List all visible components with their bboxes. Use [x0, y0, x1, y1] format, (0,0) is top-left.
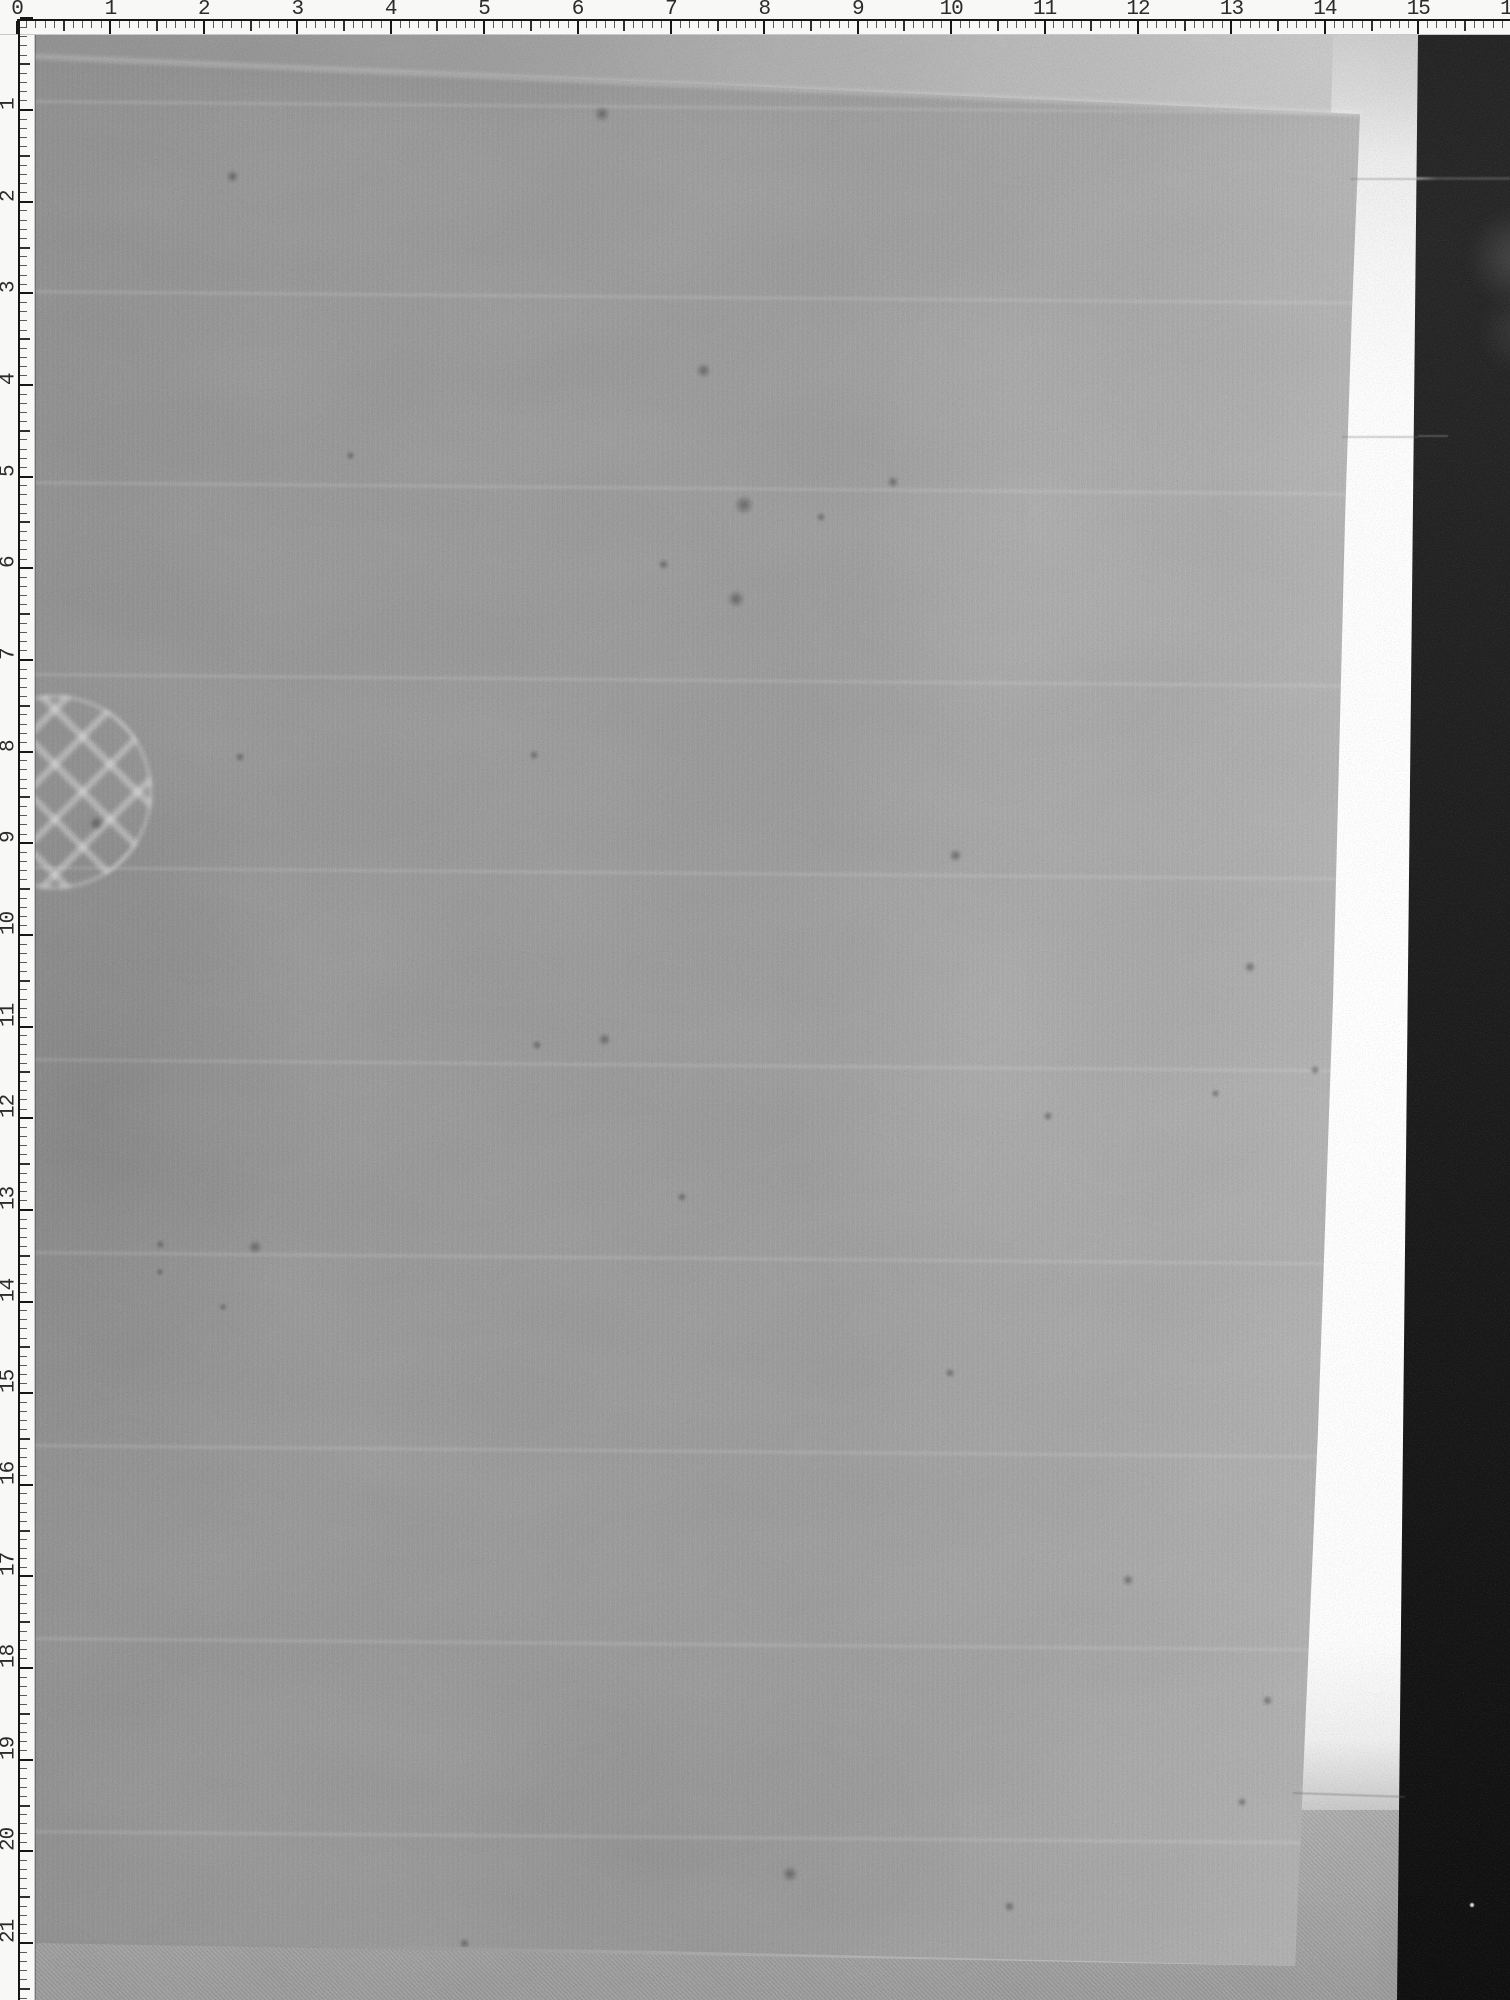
ruler-tick	[20, 128, 27, 129]
ruler-tick	[20, 220, 27, 221]
ruler-tick	[54, 21, 55, 28]
ruler-tick	[20, 1631, 27, 1632]
ruler-tick	[1053, 21, 1054, 28]
ruler-tick	[20, 192, 27, 193]
ruler-tick	[20, 1558, 27, 1559]
ruler-tick	[20, 1255, 30, 1257]
ruler-tick	[20, 1117, 33, 1119]
ruler-tick	[20, 1952, 27, 1953]
ruler-tick	[792, 21, 793, 28]
ruler-tick	[20, 1283, 27, 1284]
ruler-tick	[259, 21, 260, 28]
ruler-tick	[20, 82, 27, 83]
ruler-tick	[20, 1539, 27, 1540]
ruler-tick	[20, 1346, 30, 1348]
ruler-tick	[20, 109, 33, 111]
ruler-tick	[20, 806, 27, 807]
foxing-spot	[782, 1866, 798, 1882]
ruler-tick	[1203, 21, 1204, 28]
top-ruler-label: 5	[478, 0, 490, 19]
ruler-tick	[400, 21, 401, 28]
ruler-tick	[20, 1512, 27, 1513]
ruler-tick	[577, 21, 579, 34]
ruler-tick	[20, 733, 27, 734]
ruler-tick	[20, 27, 27, 28]
ruler-tick	[614, 21, 615, 28]
ruler-tick	[20, 604, 27, 605]
ruler-tick	[633, 21, 634, 28]
ruler-tick	[20, 1173, 27, 1174]
ruler-tick	[20, 1374, 27, 1375]
top-ruler-label: 6	[572, 0, 584, 19]
ruler-tick	[20, 632, 27, 633]
ruler-tick	[20, 45, 27, 46]
ruler-tick	[20, 1090, 27, 1091]
ruler-tick	[1315, 21, 1316, 28]
ruler-tick	[20, 1026, 33, 1028]
ruler-tick	[119, 21, 120, 28]
ruler-tick	[717, 21, 719, 31]
ruler-tick	[222, 21, 223, 28]
ruler-tick	[334, 21, 335, 28]
chain-line	[25, 673, 1425, 688]
ruler-tick	[362, 21, 363, 28]
foxing-spot	[658, 559, 669, 570]
ruler-tick	[20, 1099, 27, 1100]
foxing-spot	[219, 1303, 227, 1311]
ruler-tick	[20, 852, 27, 853]
ruler-tick	[20, 1127, 27, 1128]
chain-line	[25, 290, 1425, 305]
foxing-spot	[1004, 1901, 1015, 1912]
ruler-tick	[20, 1640, 27, 1641]
top-ruler-label: 4	[385, 0, 397, 19]
ruler-tick	[839, 21, 840, 28]
ruler-tick	[20, 1109, 27, 1110]
ruler-tick	[1128, 21, 1129, 28]
ruler-tick	[20, 1933, 27, 1934]
top-ruler-label: 13	[1220, 0, 1243, 19]
ruler-tick	[1362, 21, 1363, 28]
ruler-tick	[20, 1741, 27, 1742]
ruler-tick	[20, 1805, 30, 1807]
ruler-tick	[20, 1356, 27, 1357]
ruler-tick	[20, 311, 27, 312]
ruler-tick	[20, 971, 27, 972]
ruler-tick	[20, 1182, 27, 1183]
ruler-tick	[20, 1924, 27, 1925]
ruler-tick	[493, 21, 494, 28]
chain-line	[25, 481, 1425, 496]
ruler-tick	[20, 210, 27, 211]
ruler-tick	[20, 1906, 27, 1907]
ruler-tick	[428, 21, 429, 28]
ruler-tick	[138, 21, 139, 28]
ruler-tick	[250, 21, 252, 31]
ruler-tick	[20, 1365, 27, 1366]
top-ruler-label: 3	[291, 0, 303, 19]
ruler-tick	[20, 1768, 27, 1769]
foxing-spot	[1244, 961, 1256, 973]
ruler-tick	[1296, 21, 1297, 28]
ruler-tick	[1474, 21, 1475, 28]
ruler-tick	[20, 549, 27, 550]
ruler-tick	[755, 21, 756, 28]
ruler-tick	[20, 1264, 27, 1265]
ruler-tick	[20, 1970, 27, 1971]
ruler-tick	[20, 36, 27, 37]
ruler-tick	[20, 1035, 27, 1036]
ruler-tick	[1277, 21, 1279, 31]
ruler-tick	[1016, 21, 1017, 28]
ruler-tick	[147, 21, 148, 28]
ruler-tick	[20, 1942, 33, 1944]
ruler-tick	[20, 834, 27, 835]
ruler-tick	[20, 1145, 27, 1146]
ruler-tick	[20, 1649, 27, 1650]
ruler-tick	[20, 916, 27, 917]
ruler-tick	[20, 742, 27, 743]
ruler-tick	[20, 1823, 27, 1824]
ruler-tick	[20, 815, 27, 816]
ruler-tick	[269, 21, 270, 28]
ruler-tick	[1035, 21, 1036, 28]
ruler-tick	[20, 1850, 33, 1852]
foxing-spot	[235, 752, 245, 762]
film-speck	[1470, 1903, 1474, 1907]
foxing-spot	[156, 1268, 164, 1276]
chain-line	[25, 1251, 1425, 1266]
ruler-tick	[857, 21, 859, 34]
ruler-tick	[810, 21, 812, 31]
ruler-tick	[185, 21, 186, 28]
ruler-tick	[605, 21, 606, 28]
ruler-tick	[20, 1704, 27, 1705]
ruler-tick	[1119, 21, 1120, 28]
ruler-tick	[1399, 21, 1400, 28]
foxing-spot	[529, 750, 539, 760]
ruler-tick	[1007, 21, 1008, 28]
ruler-tick	[736, 21, 737, 28]
ruler-tick	[20, 999, 27, 1000]
ruler-tick	[20, 1521, 27, 1522]
ruler-tick	[20, 384, 33, 386]
ruler-tick	[1063, 21, 1064, 28]
ruler-tick	[287, 21, 288, 28]
ruler-tick	[530, 21, 532, 31]
ruler-tick	[20, 641, 27, 642]
ruler-tick	[1446, 21, 1447, 28]
ruler-tick	[20, 1191, 27, 1192]
foxing-spot	[156, 1240, 165, 1249]
ruler-tick	[20, 1466, 27, 1467]
top-ruler-label: 7	[665, 0, 677, 19]
ruler-tick	[20, 412, 27, 413]
foxing-spot	[727, 590, 745, 608]
ruler-tick	[20, 1292, 27, 1293]
top-ruler-label: 0	[11, 0, 23, 19]
ruler-tick	[20, 229, 27, 230]
ruler-tick	[20, 1310, 27, 1311]
ruler-tick	[20, 1530, 30, 1532]
ruler-tick	[1352, 21, 1353, 28]
top-ruler-label: 16	[1500, 0, 1510, 19]
ruler-tick	[20, 394, 27, 395]
ruler-tick	[1427, 21, 1428, 28]
ruler-tick	[1072, 21, 1073, 28]
ruler-tick	[20, 320, 27, 321]
ruler-tick	[20, 944, 27, 945]
ruler-tick	[156, 21, 158, 31]
ruler-tick	[801, 21, 802, 28]
ruler-tick	[876, 21, 877, 28]
ruler-tick	[903, 21, 905, 31]
ruler-tick	[20, 1008, 27, 1009]
ruler-tick	[568, 21, 569, 28]
ruler-tick	[1156, 21, 1157, 28]
ruler-tick	[20, 17, 33, 19]
ruler-tick	[20, 1988, 30, 1990]
ruler-tick	[20, 769, 27, 770]
top-ruler-label: 9	[852, 0, 864, 19]
ruler-tick	[20, 1567, 27, 1568]
ruler-tick	[20, 1411, 27, 1412]
ruler-tick	[20, 265, 27, 266]
ruler-tick	[436, 21, 438, 31]
ruler-tick	[418, 21, 419, 28]
ruler-tick	[20, 696, 27, 697]
foxing-spot	[734, 495, 754, 515]
ruler-tick	[20, 687, 27, 688]
ruler-tick	[20, 201, 33, 203]
ruler-tick	[20, 724, 27, 725]
ruler-tick	[20, 1457, 27, 1458]
ruler-tick	[483, 21, 485, 34]
ruler-tick	[1240, 21, 1241, 28]
chain-line	[25, 1058, 1425, 1073]
ruler-tick	[1417, 21, 1419, 34]
foxing-spot	[598, 1033, 611, 1046]
ruler-tick	[20, 796, 30, 798]
ruler-tick	[325, 21, 326, 28]
ruler-tick	[20, 1383, 27, 1384]
ruler-tick	[20, 888, 30, 890]
ruler-tick	[670, 21, 672, 34]
ruler-tick	[1483, 21, 1484, 28]
ruler-tick	[241, 21, 242, 28]
ruler-tick	[512, 21, 513, 28]
ruler-tick	[1371, 21, 1373, 31]
chain-line	[25, 1444, 1425, 1459]
ruler-tick	[20, 1328, 27, 1329]
ruler-tick	[913, 21, 914, 28]
foxing-spot	[945, 1368, 955, 1378]
ruler-tick	[1194, 21, 1195, 28]
ruler-tick	[20, 476, 33, 478]
ruler-tick	[20, 1319, 27, 1320]
ruler-tick	[1222, 21, 1223, 28]
ruler-tick	[20, 513, 27, 514]
ruler-tick	[20, 1429, 27, 1430]
ruler-tick	[20, 1017, 27, 1018]
ruler-tick	[371, 21, 372, 28]
foxing-spot	[1262, 1695, 1273, 1706]
ruler-tick	[315, 21, 316, 28]
ruler-tick	[1408, 21, 1409, 28]
ruler-tick	[20, 898, 27, 899]
ruler-tick	[20, 375, 27, 376]
ruler-tick	[20, 953, 27, 954]
ruler-tick	[1343, 21, 1344, 28]
ruler-tick	[20, 1054, 27, 1055]
ruler-tick	[20, 165, 27, 166]
ruler-tick	[20, 275, 27, 276]
foxing-spot	[677, 1192, 687, 1202]
ruler-tick	[20, 1833, 27, 1834]
ruler-tick	[20, 302, 27, 303]
ruler-tick	[20, 1732, 27, 1733]
top-ruler-label: 14	[1313, 0, 1336, 19]
ruler-tick	[1025, 21, 1026, 28]
ruler-tick	[1306, 21, 1307, 28]
ruler-tick	[1166, 21, 1167, 28]
ruler-tick	[20, 613, 30, 615]
ruler-tick	[20, 788, 27, 789]
ruler-tick	[895, 21, 896, 28]
ruler-tick	[20, 1842, 27, 1843]
ruler-tick	[20, 678, 27, 679]
ruler-tick	[20, 1163, 30, 1165]
ruler-tick	[20, 1658, 27, 1659]
top-ruler-label: 15	[1407, 0, 1430, 19]
ruler-tick	[343, 21, 345, 31]
ruler-tick	[20, 1603, 27, 1604]
foxing-spot	[89, 816, 104, 831]
ruler-tick	[20, 1979, 27, 1980]
ruler-tick	[20, 91, 27, 92]
ruler-tick	[20, 1750, 27, 1751]
foxing-spot	[1043, 1111, 1053, 1121]
ruler-tick	[20, 1274, 27, 1275]
ruler-tick	[20, 1136, 27, 1137]
ruler-tick	[20, 1493, 27, 1494]
ruler-tick	[689, 21, 690, 28]
ruler-tick	[558, 21, 559, 28]
ruler-tick	[20, 1713, 30, 1715]
ruler-tick	[596, 21, 597, 28]
ruler-tick	[1259, 21, 1260, 28]
ruler-tick	[20, 1878, 27, 1879]
foxing-spot	[594, 106, 610, 122]
ruler-tick	[773, 21, 774, 28]
ruler-tick	[941, 21, 942, 28]
chain-line	[25, 1637, 1425, 1652]
ruler-tick	[20, 1484, 33, 1486]
ruler-tick	[278, 21, 279, 28]
ruler-tick	[652, 21, 653, 28]
ruler-tick	[20, 760, 27, 761]
tape-seam	[1342, 436, 1418, 438]
ruler-tick	[409, 21, 410, 28]
tape-seam	[1350, 178, 1418, 180]
ruler-tick	[20, 1621, 30, 1623]
ruler-tick	[465, 21, 466, 28]
ruler-tick	[203, 21, 205, 34]
ruler-tick	[20, 357, 27, 358]
chain-line	[25, 866, 1425, 881]
ruler-tick	[20, 504, 27, 505]
ruler-tick	[20, 146, 27, 147]
ruler-tick	[1268, 21, 1269, 28]
ruler-tick	[20, 1594, 27, 1595]
ruler-tick	[20, 1071, 30, 1073]
ruler-tick	[923, 21, 924, 28]
ruler-tick	[63, 21, 65, 31]
foxing-spot	[346, 451, 355, 460]
ruler-tick	[20, 1475, 27, 1476]
ruler-tick	[20, 1448, 27, 1449]
ruler-tick	[20, 659, 33, 661]
ruler-tick	[306, 21, 307, 28]
ruler-tick	[20, 1420, 27, 1421]
ruler-tick	[20, 1081, 27, 1082]
ruler-tick	[1100, 21, 1101, 28]
ruler-tick	[20, 595, 27, 596]
ruler-tick	[20, 338, 30, 340]
ruler-tick	[20, 870, 27, 871]
ruler-tick	[20, 824, 27, 825]
ruler-tick	[1324, 21, 1326, 34]
ruler-tick	[20, 925, 27, 926]
ruler-tick	[20, 1392, 33, 1394]
ruler-tick	[20, 879, 27, 880]
ruler-tick	[194, 21, 195, 28]
ruler-tick	[20, 330, 27, 331]
ruler-tick	[109, 21, 111, 34]
ruler-tick	[680, 21, 681, 28]
top-ruler-label: 12	[1126, 0, 1149, 19]
ruler-tick	[20, 1695, 27, 1696]
ruler-tick	[20, 559, 27, 560]
ruler-tick	[20, 366, 27, 367]
radiograph-scan: 0123456789101112131415161234567891011121…	[0, 0, 1510, 2000]
ruler-tick	[20, 1677, 27, 1678]
ruler-tick	[20, 907, 27, 908]
ruler-tick	[997, 21, 999, 31]
ruler-tick	[820, 21, 821, 28]
ruler-tick	[45, 21, 46, 28]
ruler-tick	[390, 21, 392, 34]
ruler-tick	[20, 174, 27, 175]
ruler-tick	[20, 1787, 27, 1788]
ruler-tick	[20, 238, 27, 239]
ruler-tick	[20, 540, 27, 541]
ruler-tick	[20, 467, 27, 468]
ruler-tick	[20, 861, 27, 862]
ruler-tick	[1137, 21, 1139, 34]
ruler-tick	[20, 458, 27, 459]
ruler-tick	[1212, 21, 1213, 28]
ruler-tick	[20, 1237, 27, 1238]
ruler-tick	[20, 521, 30, 523]
ruler-tick	[1287, 21, 1288, 28]
ruler-tick	[20, 256, 27, 257]
ruler-tick	[20, 567, 33, 569]
ruler-tick	[642, 21, 643, 28]
foxing-spot	[248, 1240, 262, 1254]
ruler-tick	[20, 1044, 27, 1045]
ruler-tick	[20, 1961, 27, 1962]
